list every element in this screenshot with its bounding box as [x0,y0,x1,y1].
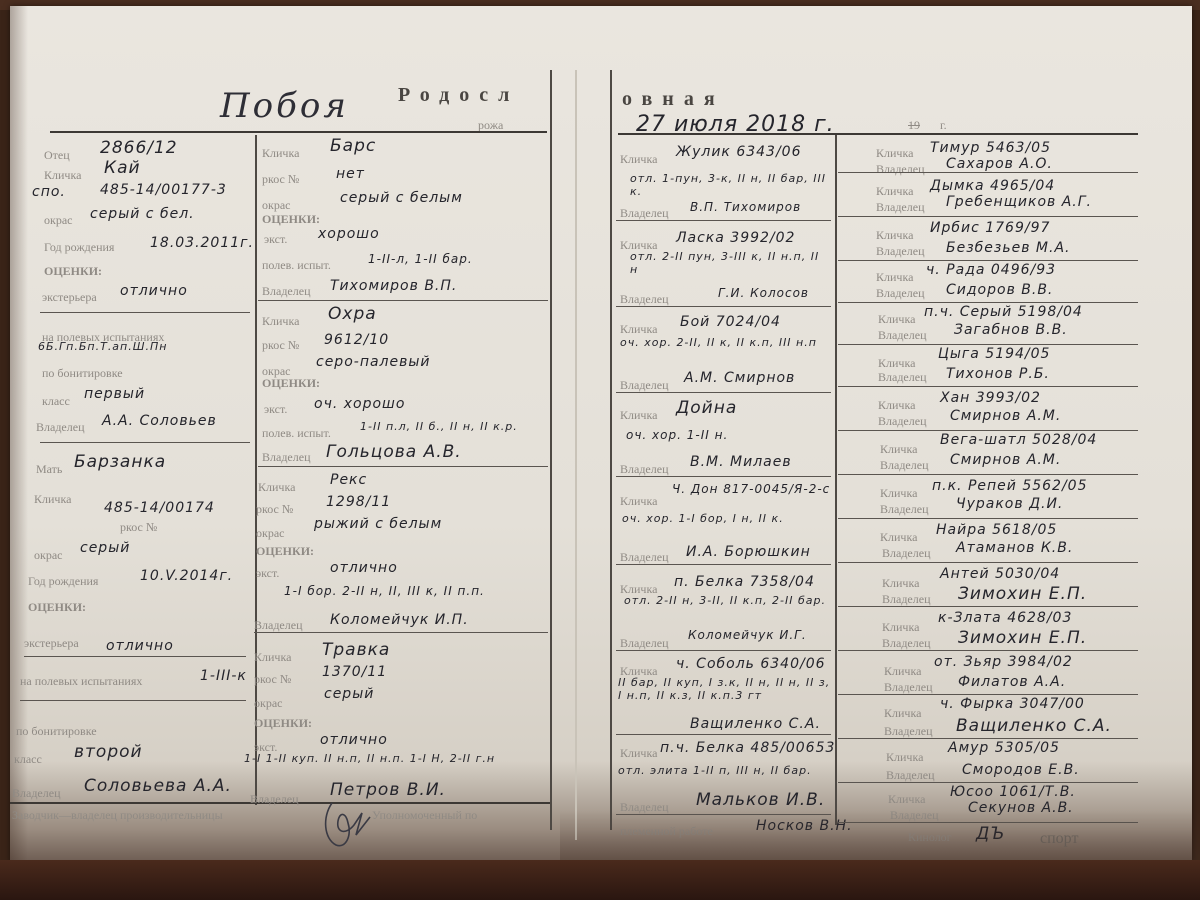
breeder-label: Заводчик—владелец производительницы [12,808,223,823]
grandparent-owner: Коломейчук И.П. [330,612,469,628]
gggp-owner: Филатов А.А. [958,674,1066,690]
rule [616,814,831,815]
rule [616,392,831,393]
label: Кличка [888,792,925,807]
ggp-owner: Коломейчук И.Г. [688,628,807,642]
label: Владелец [876,200,925,215]
grandparent-name: Травка [322,640,390,660]
ggp-name: Ч. Дон 817-0045/Я-2-с [672,482,830,496]
label: Владелец [620,550,669,565]
header-rule-left [50,131,547,133]
label: Кличка [254,650,291,665]
gggp-name: Дымка 4965/04 [930,178,1055,194]
gggp-name: к-Злата 4628/03 [938,610,1072,626]
authorized-label: Уполномоченный по [372,808,477,823]
ggp-name: Ласка 3992/02 [676,230,795,246]
label: Владелец [880,502,929,517]
grandparent-owner: Тихомиров В.П. [330,278,457,294]
ggp-owner: А.М. Смирнов [684,370,795,386]
ggp-grades: отл. 1-пун, 3-к, II н, II бар, III к. [630,172,830,198]
label: Кличка [876,184,913,199]
label: Кличка [880,442,917,457]
label: Владелец [262,450,311,465]
gggp-owner: Секунов А.В. [968,800,1074,816]
label: Владелец [254,618,303,633]
gggp-owner: Атаманов К.В. [956,540,1073,556]
father-color: серый с бел. [90,206,195,222]
label: ркос № [256,502,293,517]
ggp-grades: отл. элита 1-II п, III н, II бар. [618,764,812,777]
label: Кличка [876,270,913,285]
gggp-owner: Зимохин Е.П. [958,628,1087,648]
gggp-name: Ирбис 1769/97 [930,220,1050,236]
grandparent-ext: хорошо [318,226,380,242]
father-birth-label: Год рождения [44,240,114,255]
label: Кличка [262,146,299,161]
mother-rkos-label: ркос № [120,520,157,535]
breeding-officer: Носков В.Н. [756,818,853,834]
label: Кличка [620,494,657,509]
ggp-owner: Ващиленко С.А. [690,716,821,732]
rule [616,650,831,651]
label: Владелец [878,414,927,429]
label: ркос № [262,172,299,187]
gggp-name: Тимур 5463/05 [930,140,1051,156]
ggp-owner: Мальков И.В. [696,790,825,810]
label: Владелец [250,792,299,807]
divider-3 [610,70,612,830]
label: Владелец [882,636,931,651]
rule [838,216,1138,217]
ggp-name: п.ч. Белка 485/00653 [660,740,835,756]
gggp-owner: Чураков Д.И. [956,496,1063,512]
label: Кличка [880,530,917,545]
gggp-name: п.ч. Серый 5198/04 [924,304,1083,320]
divider-4 [835,135,837,825]
label: ОЦЕНКИ: [256,544,314,559]
grandparent-name: Рекс [330,472,367,488]
label: Владелец [878,328,927,343]
ggp-owner: В.П. Тихомиров [690,200,801,214]
label: Владелец [262,284,311,299]
heading-left: Родосл [398,84,519,107]
rule [616,734,831,735]
header-rule-right [618,133,1138,135]
ggp-grades: II бар, II куп, I з.к, II н, II н, II з,… [618,676,836,702]
ggp-name: п. Белка 7358/04 [674,574,815,590]
rule [838,474,1138,475]
label: Кличка [882,620,919,635]
mother-name-label: Кличка [34,492,71,507]
rule [838,344,1138,345]
breeding-work-label: племенной работе [620,824,713,839]
father-rkos: 485-14/00177-3 [100,182,227,198]
rule [838,260,1138,261]
label: ОЦЕНКИ: [254,716,312,731]
rule [838,782,1138,783]
gggp-name: ч. Рада 0496/93 [926,262,1056,278]
label: Владелец [620,636,669,651]
label: Кличка [876,146,913,161]
ggp-owner: И.А. Борюшкин [686,544,811,560]
rule [838,606,1138,607]
center-fold [575,70,577,840]
mother-name: Барзанка [74,452,166,472]
grandparent-ext: оч. хорошо [314,396,405,412]
gggp-name: Найра 5618/05 [936,522,1057,538]
label: окрас [254,696,282,711]
rule [616,306,831,307]
background-bottom [0,860,1200,900]
label: Кличка [882,576,919,591]
ggp-name: ч. Соболь 6340/06 [676,656,826,672]
ggp-grades: оч. хор. 2-II, II к, II к.п, III н.п [620,336,830,349]
label: экст. [264,402,287,417]
ggp-name: Дойна [676,398,737,418]
kinolog-mark: ДЪ [976,824,1005,844]
father-birth: 18.03.2011г. [150,235,254,251]
label: Владелец [876,286,925,301]
ggp-name: Жулик 6343/06 [676,144,801,160]
sport-label: спорт [1040,830,1078,848]
gggp-owner: Безбезьев М.А. [946,240,1070,256]
mother-label: Мать [36,462,62,477]
kinolog-label: Кинолог [908,830,952,845]
father-exterior-label: экстерьера [42,290,97,305]
grandparent-name: Охра [328,304,377,324]
ggp-grades: отл. 2-II н, 3-II, II к.п, 2-II бар. [624,594,834,607]
mother-field-label: на полевых испытаниях [20,674,142,689]
father-id: 2866/12 [100,138,178,158]
gggp-owner: Гребенщиков А.Г. [946,194,1092,210]
grandparent-field: 1-II п.л, II б., II н, II к.р. [360,420,518,433]
heading-right: овная [622,88,725,111]
rule [24,656,246,657]
label: Владелец [882,546,931,561]
label: экст. [256,566,279,581]
label: Владелец [890,808,939,823]
label: полев. испыт. [262,258,331,273]
mother-rkos: 485-14/00174 [104,500,215,516]
father-name-label: Кличка [44,168,81,183]
gggp-owner: Загабнов В.В. [954,322,1068,338]
rule [838,822,1138,823]
label: Кличка [620,152,657,167]
grandparent-owner: Гольцова А.В. [326,442,462,462]
gggp-name: ч. Фырка 3047/00 [940,696,1085,712]
label: Кличка [878,356,915,371]
ggp-grades: оч. хор. 1-I бор, I н, II к. [622,512,784,525]
label: Кличка [876,228,913,243]
father-bonitation-label: по бонитировке [42,366,123,381]
grandparent-field: 1-I 1-II куп. II н.п, II н.п. 1-I Н, 2-I… [244,752,495,765]
father-grades-label: ОЦЕНКИ: [44,264,102,279]
signature-icon [318,795,374,855]
label: ОЦЕНКИ: [262,212,320,227]
label: Владелец [886,768,935,783]
gggp-name: Хан 3993/02 [940,390,1041,406]
grandparent-field: 1-I бор. 2-II н, II, III к, II п.п. [284,584,485,598]
label: Кличка [884,706,921,721]
year-printed: 19 [908,118,920,133]
label: Кличка [886,750,923,765]
mother-bonitation-label: по бонитировке [16,724,97,739]
label: экст. [264,232,287,247]
mother-grades-label: ОЦЕНКИ: [28,600,86,615]
rule [20,700,246,701]
divider-2 [550,70,552,830]
label: Владелец [620,462,669,477]
grandparent-field: 1-II-л, 1-II бар. [368,252,473,266]
mother-owner: Соловьева А.А. [84,776,232,796]
ggp-grades: оч. хор. 1-II н. [626,428,728,442]
label: Владелец [620,206,669,221]
rule [616,564,831,565]
label: Владелец [620,378,669,393]
label: Владелец [884,724,933,739]
mother-field: 1-III-к [200,668,247,684]
rule [838,562,1138,563]
gggp-owner: Смирнов А.М. [950,408,1061,424]
gggp-name: Антей 5030/04 [940,566,1060,582]
gggp-owner: Сахаров А.О. [946,156,1053,172]
mother-class-label: класс [14,752,42,767]
grandparent-name: Барс [330,136,376,156]
gggp-name: Амур 5305/05 [948,740,1060,756]
gggp-owner: Зимохин Е.П. [958,584,1087,604]
grandparent-color: рыжий с белым [314,516,442,532]
label: Кличка [258,480,295,495]
label: Владелец [878,370,927,385]
rule [40,312,250,313]
rule [838,386,1138,387]
rule [838,172,1138,173]
label: ркос № [262,338,299,353]
breed-title: Побоя [220,86,349,126]
gggp-owner: Смирнов А.М. [950,452,1061,468]
mother-exterior-label: экстерьера [24,636,79,651]
gggp-name: Вега-шатл 5028/04 [940,432,1097,448]
mother-class: второй [74,742,143,762]
rule [838,694,1138,695]
father-name: Кай [104,158,141,178]
gggp-name: Цыга 5194/05 [938,346,1050,362]
father-class-label: класс [42,394,70,409]
grandparent-rkos: 1298/11 [326,494,391,510]
label: Владелец [884,680,933,695]
mother-color-label: окрас [34,548,62,563]
rule [258,300,548,301]
label: Кличка [878,398,915,413]
father-exterior: отлично [120,283,188,299]
father-label: Отец [44,148,70,163]
label: Владелец [880,458,929,473]
label: ркос № [254,672,291,687]
gggp-name: Юсоо 1061/Т.В. [950,784,1076,800]
ggp-owner: Г.И. Колосов [718,286,809,300]
label: Кличка [620,746,657,761]
mother-birth: 10.V.2014г. [140,568,233,584]
label: полев. испыт. [262,426,331,441]
grandparent-ext: отлично [320,732,388,748]
label: Владелец [620,292,669,307]
label: Владелец [876,244,925,259]
mother-exterior: отлично [106,638,174,654]
label: Владелец [876,162,925,177]
label: окрас [262,198,290,213]
label: Владелец [620,800,669,815]
grandparent-ext: отлично [330,560,398,576]
mother-color: серый [80,540,130,556]
label: Кличка [262,314,299,329]
ggp-owner: В.М. Милаев [690,454,792,470]
mother-birth-label: Год рождения [28,574,98,589]
ggp-grades: отл. 2-II пун, 3-III к, II н.п, II н [630,250,830,276]
rule [838,302,1138,303]
grandparent-rkos: 9612/10 [324,332,389,348]
label: Кличка [620,408,657,423]
mother-owner-label: Владелец [12,786,61,801]
label: Владелец [882,592,931,607]
ggp-name: Бой 7024/04 [680,314,781,330]
rule [838,738,1138,739]
label: окрас [256,526,284,541]
grandparent-color: серый с белым [340,190,463,206]
label: ОЦЕНКИ: [262,376,320,391]
label: Кличка [878,312,915,327]
grandparent-color: серо-палевый [316,354,431,370]
grandparent-color: серый [324,686,374,702]
rule [616,476,831,477]
label: Кличка [880,486,917,501]
label: Кличка [884,664,921,679]
gggp-owner: Сидоров В.В. [946,282,1053,298]
rule [258,466,548,467]
rule [838,518,1138,519]
label: Кличка [620,322,657,337]
rule [40,442,250,443]
father-rkos-prefix: спо. [32,184,66,200]
father-color-label: окрас [44,213,72,228]
gggp-owner: Смородов Е.В. [962,762,1080,778]
rule [838,430,1138,431]
father-class: первый [84,386,145,402]
gggp-name: от. Зьяр 3984/02 [934,654,1073,670]
gggp-owner: Ващиленко С.А. [956,716,1112,736]
gggp-name: п.к. Репей 5562/05 [932,478,1088,494]
father-field: 6Б.Гп.Бп.Т.ап.Ш.Пн [38,340,167,353]
father-owner: А.А. Соловьев [102,413,217,429]
grandparent-rkos: 1370/11 [322,664,387,680]
rule [616,220,831,221]
year-suffix: г. [940,118,947,133]
father-owner-label: Владелец [36,420,85,435]
gggp-owner: Тихонов Р.Б. [946,366,1050,382]
grandparent-rkos: нет [336,166,365,182]
rule [838,650,1138,651]
rule [254,632,548,633]
